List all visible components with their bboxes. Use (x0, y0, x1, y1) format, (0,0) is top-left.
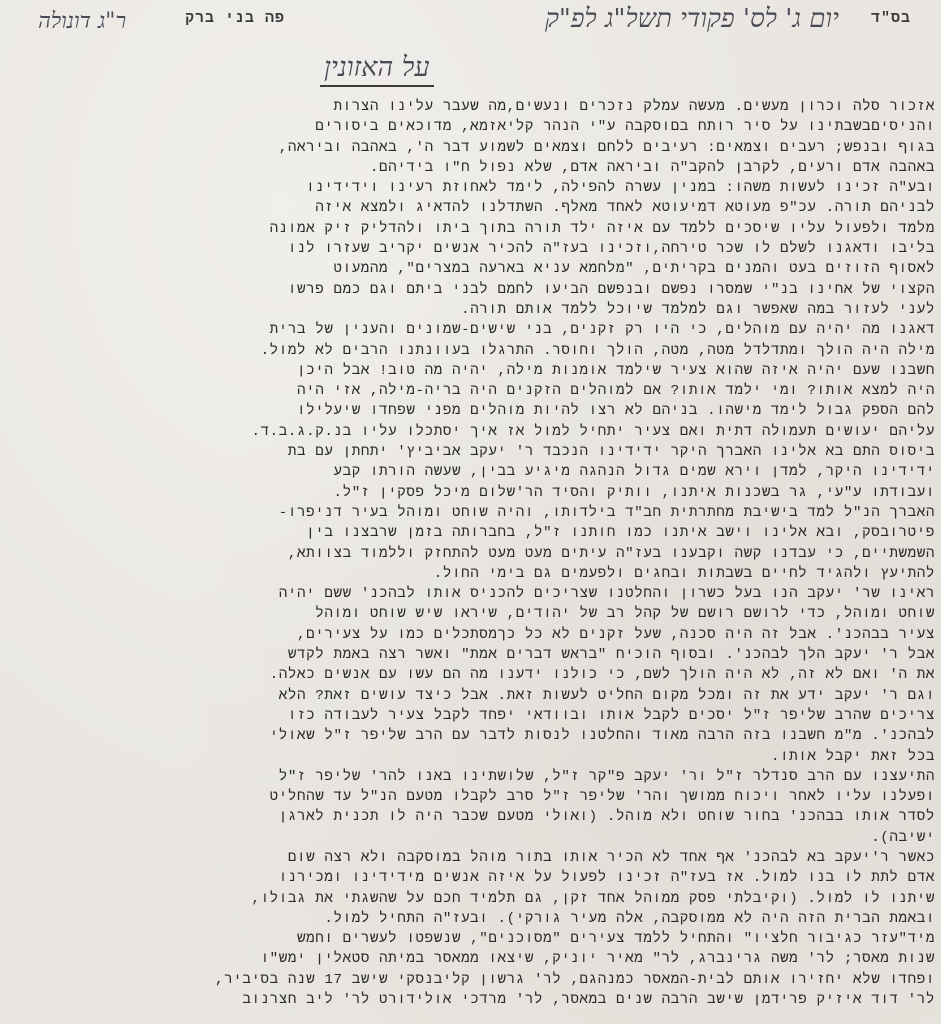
body-line: ידידינו היקר, למדן וירא שמים גדול הנהגה … (30, 462, 935, 482)
body-line: בליבו ודאגנו לשלם לו שכר טירחה,וזכינו בע… (30, 239, 935, 259)
body-line: את ה' ואם לא זה, לא היה הולך לשם, כי כול… (30, 665, 935, 685)
bsd-heading: בס"ד (871, 10, 911, 27)
body-line: ובאמת הברית הזה היה לא ממוסקבה, אלה מעיר… (30, 909, 935, 929)
body-line: בגוף ובנפש; רעבים וצמאים: רעיבים ללחם וצ… (30, 138, 935, 158)
body-line: לאסוף הזוזים בעט והמנים בקריתים, "מלחמא … (30, 259, 935, 279)
body-line: ועבודתו ע"עי, גר בשכנות איתנו, וותיק והס… (30, 483, 935, 503)
body-line: ופחדו שלא יחזירו אותם לבית-המאסר כמנהגם,… (30, 970, 935, 990)
body-line: באהבה אדם ורעים, לקרבן להקב"ה וביראה אדם… (30, 158, 935, 178)
document-page: בס"ד יום ג' לס' פקודי תשל"ג לפ"ק פה בני … (0, 0, 941, 1024)
body-line: ראינו שר' יעקב הנו בעל כשרון והחלטנו שצר… (30, 584, 935, 604)
body-line: לר' דוד איזיק פרידמן שישב הרבה שנים במאס… (30, 990, 935, 1010)
body-line: אבל ר' יעקב הלך לבהכנ'. ובסוף הוכיח "ברא… (30, 645, 935, 665)
body-line: מיד"עזר כגיבור חלציו" והתחיל ללמד צעירים… (30, 929, 935, 949)
body-line: לסדר אותו בבהכנ' בחור שוחט ולא מוהל. (וא… (30, 807, 935, 827)
body-line: וגם ר' יעקב ידע את זה ומכל מקום החליט לע… (30, 686, 935, 706)
body-line: צריכים שהרב שליפר ז"ל יסכים לקבל אותו וב… (30, 706, 935, 726)
body-line: הקצוי של אחינו בנ"י שמסרו נפשם ובנפשם הב… (30, 280, 935, 300)
body-line: מלמד ולפעול עליו שיסכים ללמד עם איזה ילד… (30, 219, 935, 239)
body-line: פיטרובסק, ובא אלינו וישב איתנו כמו חותנו… (30, 523, 935, 543)
body-line: ופעלנו עליו לאחר ויכוח ממושך והר' שליפר … (30, 787, 935, 807)
body-line: לבהכנ'. מ"מ חשבנו בזה הרבה מאוד והחלטנו … (30, 726, 935, 746)
body-line: התיעצנו עם הרב סנדלר ז"ל ור' יעקב פ"קר ז… (30, 767, 935, 787)
body-line: להם הספק גבול לימד מישהו. בניהם לא רצו ל… (30, 401, 935, 421)
body-line: ביסוס התם בא אלינו האברך היקר ידידינו הנ… (30, 442, 935, 462)
handwritten-date: יום ג' לס' פקודי תשל"ג לפ"ק (545, 4, 839, 34)
handwritten-title: על האזונין (320, 52, 434, 87)
body-line: בכל זאת יקבל אותו. (30, 747, 935, 767)
body-line: עליהם יעושים תעמולה דתית ואם צעיר יתחיל … (30, 422, 935, 442)
body-line: מילה היה הולך ומתדלדל מטה, מטה, הולך וחו… (30, 341, 935, 361)
body-line: לעני לעזור במה שאפשר וגם למלמד שיוכל ללמ… (30, 300, 935, 320)
body-line: להתיעץ ולהגיד לחיים בשבתות ובחגים ולפעמי… (30, 564, 935, 584)
body-line: חשבנו שעם יהיה איזה שהוא צעיר שילמד אומנ… (30, 361, 935, 381)
body-line: השמשתיים, כי עבדנו קשה וקבענו בעז"ה עיתי… (30, 544, 935, 564)
body-line: שיתנו לו למול. (וקיבלתי פסק ממוהל אחד זק… (30, 889, 935, 909)
body-line: כאשר ר'יעקב בא לבהכנ' אף אחד לא הכיר אות… (30, 848, 935, 868)
body-line: והניסיםבשבתינו על סיר רותח בםוסקבה ע"י ה… (30, 117, 935, 137)
body-line: ובע"ה זכינו לעשות משהו: במנין עשרה להפיל… (30, 178, 935, 198)
body-line: לבניהם תורה. עכ"פ מעוטא דמיעוטא לאחד מאל… (30, 198, 935, 218)
body-line: האברך הנ"ל למד בישיבת מחתרתית חב"ד בילדו… (30, 503, 935, 523)
body-line: שנות מאסר; לר' משה גרינברג, לר" מאיר יונ… (30, 949, 935, 969)
body-line: אזכור סלה וכרון מעשים. מעשה עמלק נזכרים … (30, 97, 935, 117)
body-line: צעיר בבהכנ'. אבל זה היה סכנה, שעל זקנים … (30, 625, 935, 645)
body-line: היה למצא אותו? ומי ילמד אותו? אם למוהלים… (30, 381, 935, 401)
body-line: אדם לתת לו בנו למול. אז בעז"ה זכינו לפעו… (30, 868, 935, 888)
body-line: דאגנו מה יהיה עם מוהלים, כי היו רק זקנים… (30, 320, 935, 340)
typed-place: פה בני ברק (185, 10, 285, 27)
body-line: שוחט ומוהל, כדי לרושם רושם של קהל רב של … (30, 604, 935, 624)
handwritten-place: ר"ג דונולה (38, 8, 126, 34)
typed-body-text: אזכור סלה וכרון מעשים. מעשה עמלק נזכרים … (30, 97, 935, 1010)
body-line: ישיבה). (30, 828, 935, 848)
